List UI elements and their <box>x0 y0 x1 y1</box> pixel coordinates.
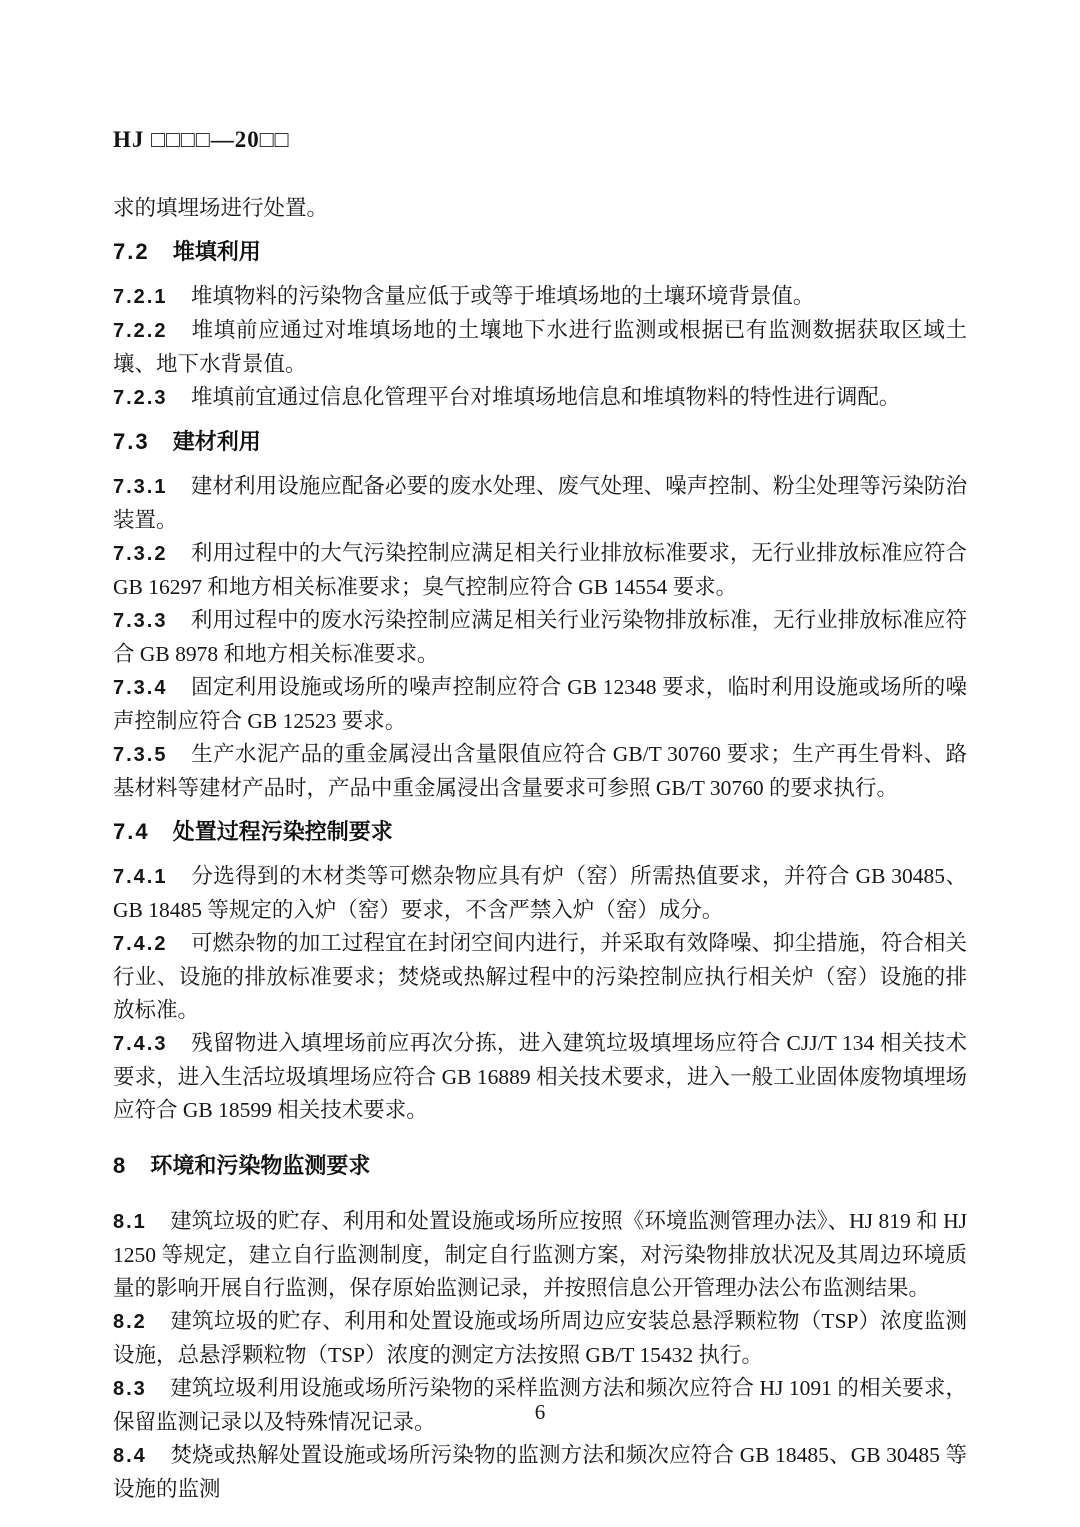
clause-number: 7.3.3 <box>113 610 167 632</box>
page-number: 6 <box>0 1396 1080 1429</box>
section-heading-7-4: 7.4 处置过程污染控制要求 <box>113 817 967 847</box>
clause-text: 堆填物料的污染物含量应低于或等于堆填场地的土壤环境背景值。 <box>191 284 815 308</box>
clause-7-3-1: 7.3.1 建材利用设施应配备必要的废水处理、废气处理、噪声控制、粉尘处理等污染… <box>113 470 967 537</box>
clause-number: 7.3.1 <box>113 476 167 498</box>
clause-number: 7.3.2 <box>113 543 167 565</box>
clause-7-3-3: 7.3.3 利用过程中的废水污染控制应满足相关行业污染物排放标准，无行业排放标准… <box>113 604 967 671</box>
clause-number: 7.4.1 <box>113 866 167 888</box>
section-title: 堆填利用 <box>173 239 261 264</box>
clause-text: 分选得到的木材类等可燃杂物应具有炉（窑）所需热值要求，并符合 GB 30485、… <box>113 864 967 922</box>
clause-number: 8.1 <box>113 1211 147 1233</box>
clause-number: 8.2 <box>113 1311 147 1333</box>
clause-number: 7.3.4 <box>113 677 167 699</box>
chapter-title: 环境和污染物监测要求 <box>150 1153 370 1178</box>
section-title: 建材利用 <box>173 429 261 454</box>
clause-7-2-2: 7.2.2 堆填前应通过对堆填场地的土壤地下水进行监测或根据已有监测数据获取区域… <box>113 314 967 381</box>
clause-7-4-2: 7.4.2 可燃杂物的加工过程宜在封闭空间内进行，并采取有效降噪、抑尘措施，符合… <box>113 927 967 1027</box>
clause-8-2: 8.2 建筑垃圾的贮存、利用和处置设施或场所周边应安装总悬浮颗粒物（TSP）浓度… <box>113 1305 967 1372</box>
chapter-number: 8 <box>113 1153 127 1178</box>
standard-number-label: HJ □□□□—20□□ <box>113 127 290 152</box>
clause-number: 7.2.2 <box>113 320 167 342</box>
clause-number: 7.4.3 <box>113 1033 167 1055</box>
section-number: 7.2 <box>113 239 150 264</box>
section-heading-7-3: 7.3 建材利用 <box>113 427 967 457</box>
section-heading-7-2: 7.2 堆填利用 <box>113 237 967 267</box>
clause-7-3-4: 7.3.4 固定利用设施或场所的噪声控制应符合 GB 12348 要求，临时利用… <box>113 671 967 738</box>
clause-7-3-2: 7.3.2 利用过程中的大气污染控制应满足相关行业排放标准要求，无行业排放标准应… <box>113 537 967 604</box>
continuation-paragraph: 求的填埋场进行处置。 <box>113 192 967 225</box>
section-number: 7.3 <box>113 429 150 454</box>
section-title: 处置过程污染控制要求 <box>173 819 393 844</box>
clause-number: 7.4.2 <box>113 933 167 955</box>
clause-text: 堆填前宜通过信息化管理平台对堆填场地信息和堆填物料的特性进行调配。 <box>191 385 901 409</box>
clause-number: 7.2.3 <box>113 387 167 409</box>
clause-number: 7.2.1 <box>113 286 167 308</box>
clause-text: 建筑垃圾的贮存、利用和处置设施或场所周边应安装总悬浮颗粒物（TSP）浓度监测设施… <box>113 1309 967 1367</box>
clause-7-3-5: 7.3.5 生产水泥产品的重金属浸出含量限值应符合 GB/T 30760 要求；… <box>113 738 967 805</box>
clause-text: 建材利用设施应配备必要的废水处理、废气处理、噪声控制、粉尘处理等污染防治装置。 <box>113 474 967 532</box>
document-page: HJ □□□□—20□□ 求的填埋场进行处置。 7.2 堆填利用 7.2.1 堆… <box>0 0 1080 1527</box>
clause-text: 堆填前应通过对堆填场地的土壤地下水进行监测或根据已有监测数据获取区域土壤、地下水… <box>113 318 967 376</box>
chapter-heading-8: 8 环境和污染物监测要求 <box>113 1151 967 1181</box>
clause-text: 固定利用设施或场所的噪声控制应符合 GB 12348 要求，临时利用设施或场所的… <box>113 675 967 733</box>
clause-8-4: 8.4 焚烧或热解处置设施或场所污染物的监测方法和频次应符合 GB 18485、… <box>113 1439 967 1506</box>
clause-text: 可燃杂物的加工过程宜在封闭空间内进行，并采取有效降噪、抑尘措施，符合相关行业、设… <box>113 931 967 1022</box>
clause-text: 焚烧或热解处置设施或场所污染物的监测方法和频次应符合 GB 18485、GB 3… <box>113 1443 967 1501</box>
clause-text: 残留物进入填埋场前应再次分拣，进入建筑垃圾填埋场应符合 CJJ/T 134 相关… <box>113 1031 967 1122</box>
clause-text: 生产水泥产品的重金属浸出含量限值应符合 GB/T 30760 要求；生产再生骨料… <box>113 742 967 800</box>
clause-7-2-1: 7.2.1 堆填物料的污染物含量应低于或等于堆填场地的土壤环境背景值。 <box>113 280 967 314</box>
clause-text: 建筑垃圾的贮存、利用和处置设施或场所应按照《环境监测管理办法》、HJ 819 和… <box>113 1209 967 1300</box>
document-header: HJ □□□□—20□□ <box>113 126 967 154</box>
clause-text: 利用过程中的废水污染控制应满足相关行业污染物排放标准，无行业排放标准应符合 GB… <box>113 608 967 666</box>
clause-7-2-3: 7.2.3 堆填前宜通过信息化管理平台对堆填场地信息和堆填物料的特性进行调配。 <box>113 381 967 415</box>
clause-number: 7.3.5 <box>113 744 167 766</box>
clause-text: 利用过程中的大气污染控制应满足相关行业排放标准要求，无行业排放标准应符合 GB … <box>113 541 967 599</box>
clause-8-1: 8.1 建筑垃圾的贮存、利用和处置设施或场所应按照《环境监测管理办法》、HJ 8… <box>113 1205 967 1305</box>
clause-7-4-1: 7.4.1 分选得到的木材类等可燃杂物应具有炉（窑）所需热值要求，并符合 GB … <box>113 860 967 927</box>
section-number: 7.4 <box>113 819 150 844</box>
clause-number: 8.4 <box>113 1445 147 1467</box>
clause-7-4-3: 7.4.3 残留物进入填埋场前应再次分拣，进入建筑垃圾填埋场应符合 CJJ/T … <box>113 1027 967 1127</box>
